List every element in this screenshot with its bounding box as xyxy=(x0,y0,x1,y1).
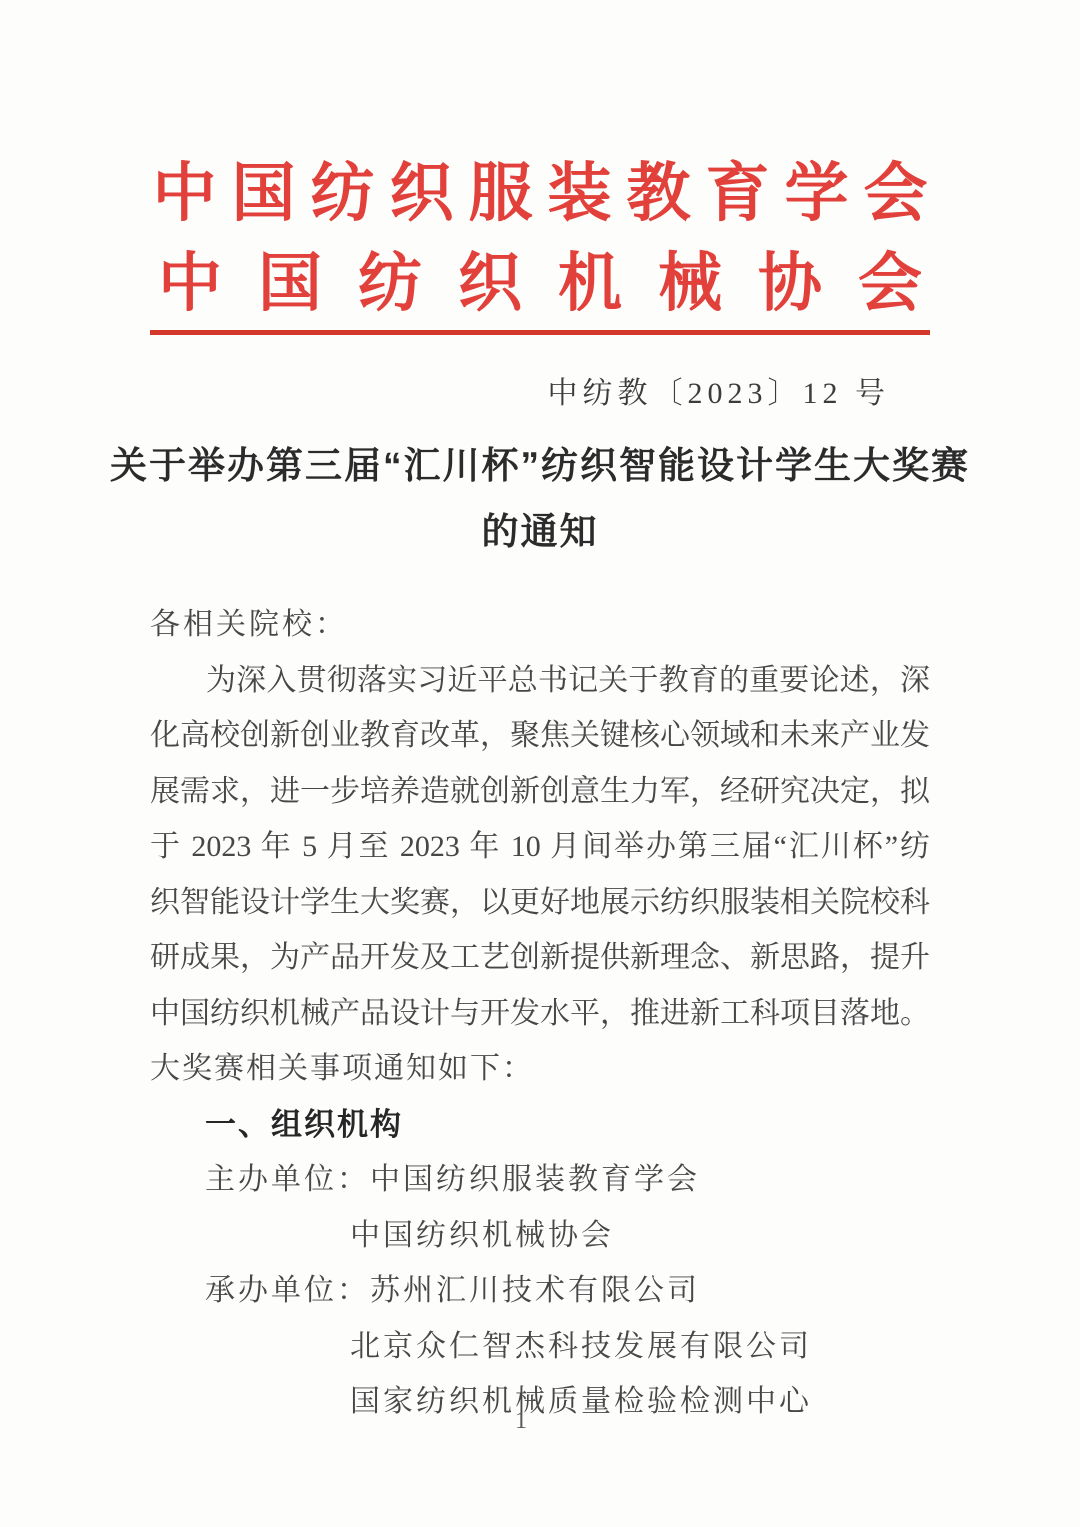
doc-number: 中纺教〔2023〕12 号 xyxy=(548,368,891,412)
letterhead-org-line-2: 中国纺织机械协会 xyxy=(0,252,1080,316)
notice-title-line-2: 的通知 xyxy=(0,501,1080,555)
organizer-host-label: 主办单位： xyxy=(205,1163,370,1196)
organizer-host-name: 中国纺织服装教育学会 xyxy=(370,1163,700,1196)
paragraph-line: 大奖赛相关事项通知如下： xyxy=(150,1041,930,1097)
notice-body: 各相关院校： 为深入贯彻落实习近平总书记关于教育的重要论述，深 化高校创新创业教… xyxy=(150,597,930,1430)
section-heading-organization: 一、组织机构 xyxy=(150,1097,930,1153)
salutation: 各相关院校： xyxy=(150,597,930,653)
letterhead-org-line-1: 中国纺织服装教育学会 xyxy=(0,162,1080,226)
organizer-undertaker-name: 苏州汇川技术有限公司 xyxy=(370,1274,700,1307)
paragraph-line: 为深入贯彻落实习近平总书记关于教育的重要论述，深 xyxy=(150,653,930,709)
notice-title-line-1: 关于举办第三届“汇川杯”纺织智能设计学生大奖赛 xyxy=(0,435,1080,489)
page-number: 1 xyxy=(0,1408,1042,1435)
paragraph-line: 中国纺织机械产品设计与开发水平，推进新工科项目落地。 xyxy=(150,986,930,1042)
paragraph-line: 织智能设计学生大奖赛，以更好地展示纺织服装相关院校科 xyxy=(150,875,930,931)
paragraph-line: 于 2023 年 5 月至 2023 年 10 月间举办第三届“汇川杯”纺 xyxy=(150,819,930,875)
organizer-host-name: 中国纺织机械协会 xyxy=(150,1208,930,1264)
organizer-host-row: 主办单位：中国纺织服装教育学会 xyxy=(150,1152,930,1208)
paragraph-line: 研成果，为产品开发及工艺创新提供新理念、新思路，提升 xyxy=(150,930,930,986)
scanned-notice-page: 中国纺织服装教育学会 中国纺织机械协会 中纺教〔2023〕12 号 关于举办第三… xyxy=(0,0,1080,1527)
paragraph-line: 化高校创新创业教育改革，聚焦关键核心领域和未来产业发 xyxy=(150,708,930,764)
organizer-undertaker-label: 承办单位： xyxy=(205,1274,370,1307)
paragraph-line: 展需求，进一步培养造就创新创意生力军，经研究决定，拟 xyxy=(150,764,930,820)
organizer-undertaker-row: 承办单位：苏州汇川技术有限公司 xyxy=(150,1263,930,1319)
letterhead-divider-rule xyxy=(150,330,930,335)
organizer-undertaker-name: 北京众仁智杰科技发展有限公司 xyxy=(150,1319,930,1375)
